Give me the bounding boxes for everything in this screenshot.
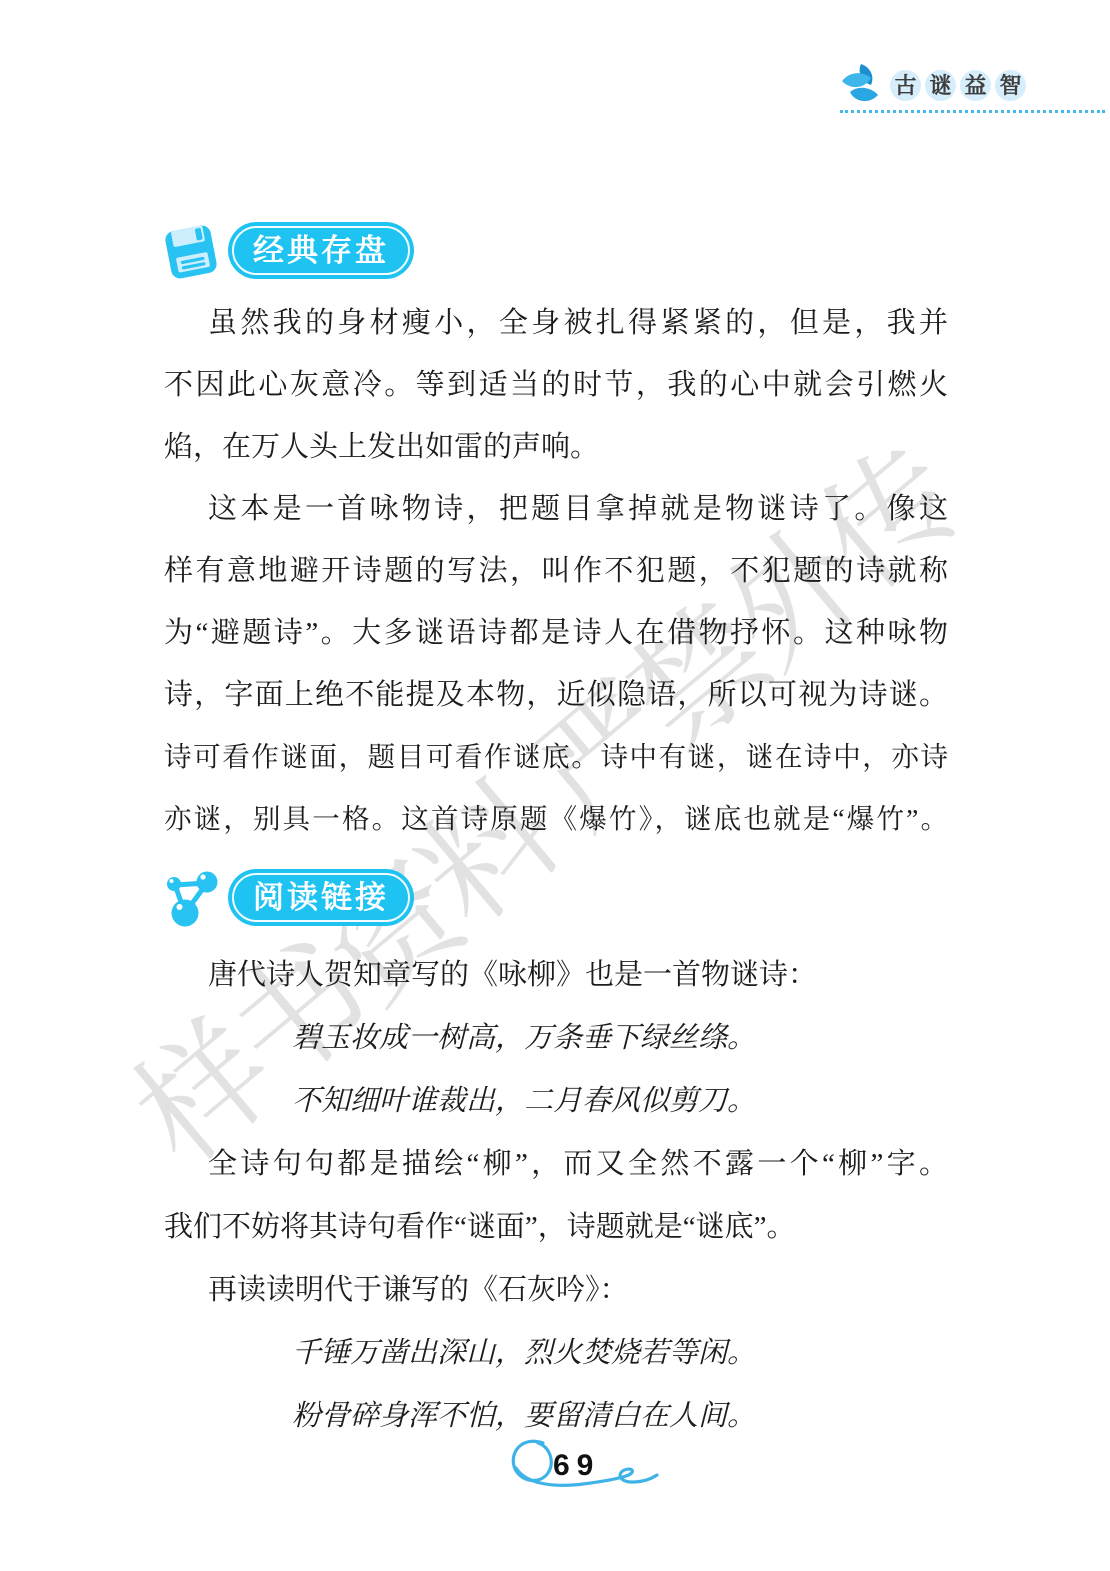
classic-section-badge: 经典存盘	[160, 219, 414, 285]
page-footer: 69	[505, 1438, 685, 1502]
reading-section-text: 唐代诗人贺知章写的《咏柳》也是一首物谜诗： 碧玉妆成一树高，万条垂下绿丝绦。 不…	[164, 944, 948, 1448]
paragraph-line: 全诗句句都是描绘“柳”，而又全然不露一个“柳”字。	[164, 1133, 948, 1196]
reading-badge-label: 阅读链接	[253, 880, 389, 915]
classic-badge-label: 经典存盘	[253, 233, 389, 268]
poem-line: 碧玉妆成一树高，万条垂下绿丝绦。	[164, 1007, 948, 1070]
header-dotted-divider	[840, 110, 1105, 113]
paragraph-line: 再读读明代于谦写的《石灰吟》：	[164, 1259, 948, 1322]
header-title: 古 谜 益 智	[886, 70, 1026, 101]
molecule-icon	[160, 866, 222, 932]
leaf-icon	[840, 62, 884, 108]
reading-badge-pill: 阅读链接	[228, 869, 414, 926]
paragraph-line: 亦谜，别具一格。这首诗原题《爆竹》，谜底也就是“爆竹”。	[164, 788, 948, 850]
paragraph-line: 唐代诗人贺知章写的《咏柳》也是一首物谜诗：	[164, 944, 948, 1007]
header-char: 益	[960, 70, 991, 101]
paragraph-line: 焰，在万人头上发出如雷的声响。	[164, 416, 948, 478]
poem-line: 不知细叶谁裁出，二月春风似剪刀。	[164, 1070, 948, 1133]
paragraph-line: 为“避题诗”。大多谜语诗都是诗人在借物抒怀。这种咏物	[164, 602, 948, 664]
paragraph-line: 样有意地避开诗题的写法，叫作不犯题，不犯题的诗就称	[164, 540, 948, 602]
header-char: 谜	[925, 70, 956, 101]
page-header: 古 谜 益 智	[840, 62, 1110, 113]
paragraph-line: 虽然我的身材瘦小，全身被扎得紧紧的，但是，我并	[164, 292, 948, 354]
paragraph-line: 不因此心灰意冷。等到适当的时节，我的心中就会引燃火	[164, 354, 948, 416]
paragraph-line: 诗可看作谜面，题目可看作谜底。诗中有谜，谜在诗中，亦诗	[164, 726, 948, 788]
header-char: 智	[995, 70, 1026, 101]
reading-section-badge: 阅读链接	[160, 866, 414, 932]
poem-line: 千锤万凿出深山，烈火焚烧若等闲。	[164, 1322, 948, 1385]
paragraph-line: 我们不妨将其诗句看作“谜面”，诗题就是“谜底”。	[164, 1196, 948, 1259]
book-page: { "header": { "title": "古谜益智", "chars": …	[0, 0, 1110, 1571]
classic-badge-pill: 经典存盘	[228, 222, 414, 279]
header-char: 古	[890, 70, 921, 101]
page-number: 69	[553, 1449, 600, 1483]
paragraph-line: 诗，字面上绝不能提及本物，近似隐语，所以可视为诗谜。	[164, 664, 948, 726]
floppy-disk-icon	[160, 219, 222, 285]
paragraph-line: 这本是一首咏物诗，把题目拿掉就是物谜诗了。像这	[164, 478, 948, 540]
header-row: 古 谜 益 智	[840, 62, 1110, 108]
classic-section-text: 虽然我的身材瘦小，全身被扎得紧紧的，但是，我并 不因此心灰意冷。等到适当的时节，…	[164, 292, 948, 850]
